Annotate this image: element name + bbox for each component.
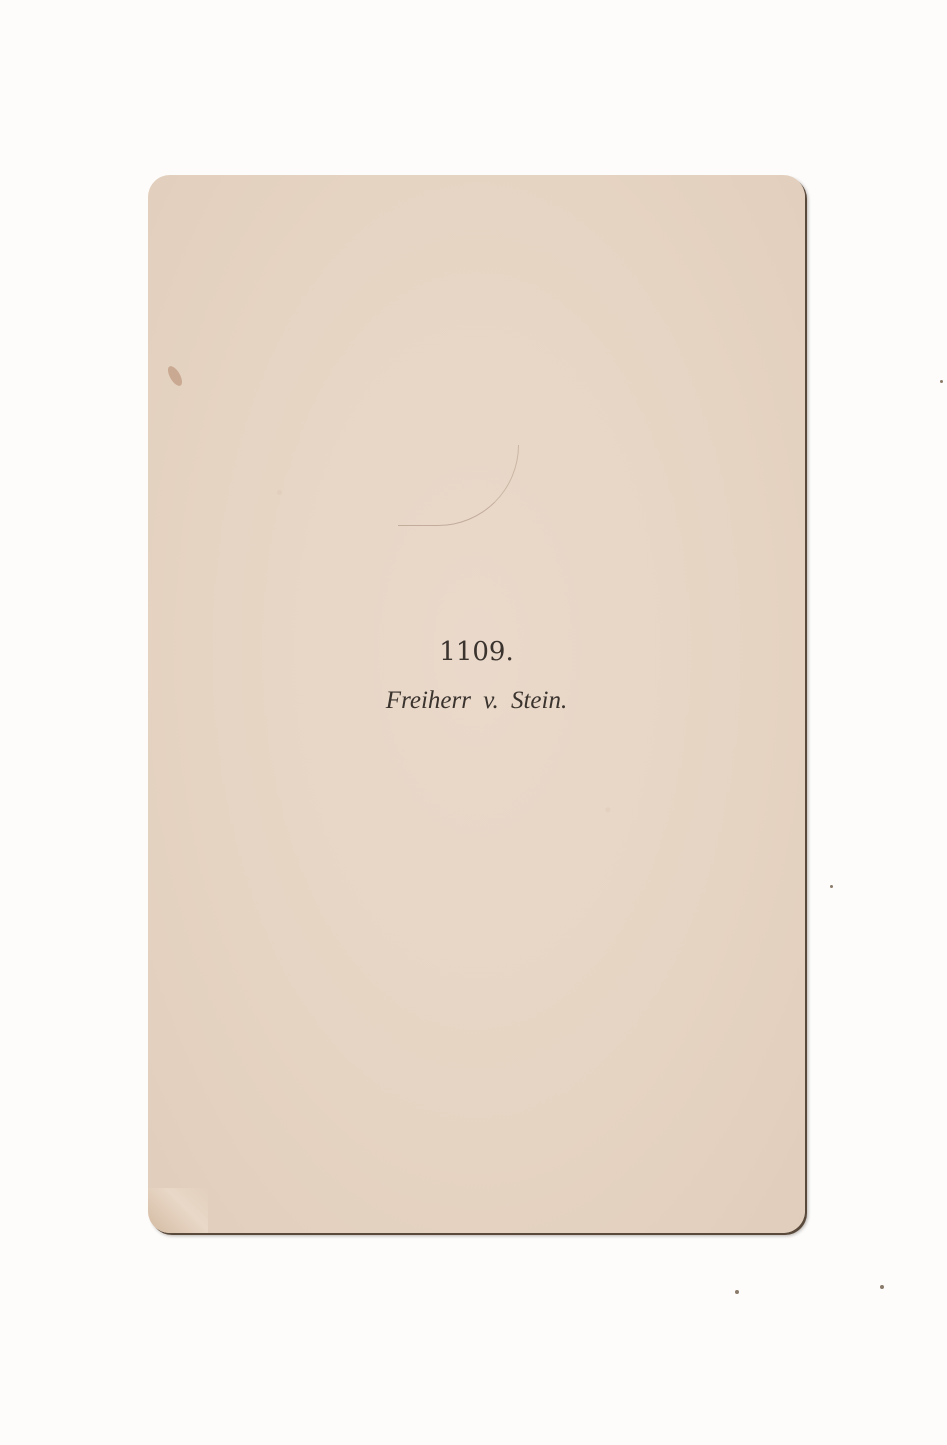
photo-card-back: 1109. Freiherr v. Stein. xyxy=(148,175,805,1233)
dust-speck xyxy=(880,1285,884,1289)
caption-text: Freiherr v. Stein. xyxy=(148,687,805,715)
dust-speck xyxy=(735,1290,739,1294)
catalog-number: 1109. xyxy=(148,637,805,667)
dust-speck xyxy=(940,380,943,383)
corner-wear xyxy=(148,1188,208,1233)
scratch-mark xyxy=(398,445,519,526)
dust-speck xyxy=(830,885,833,888)
stain-mark xyxy=(165,364,185,388)
